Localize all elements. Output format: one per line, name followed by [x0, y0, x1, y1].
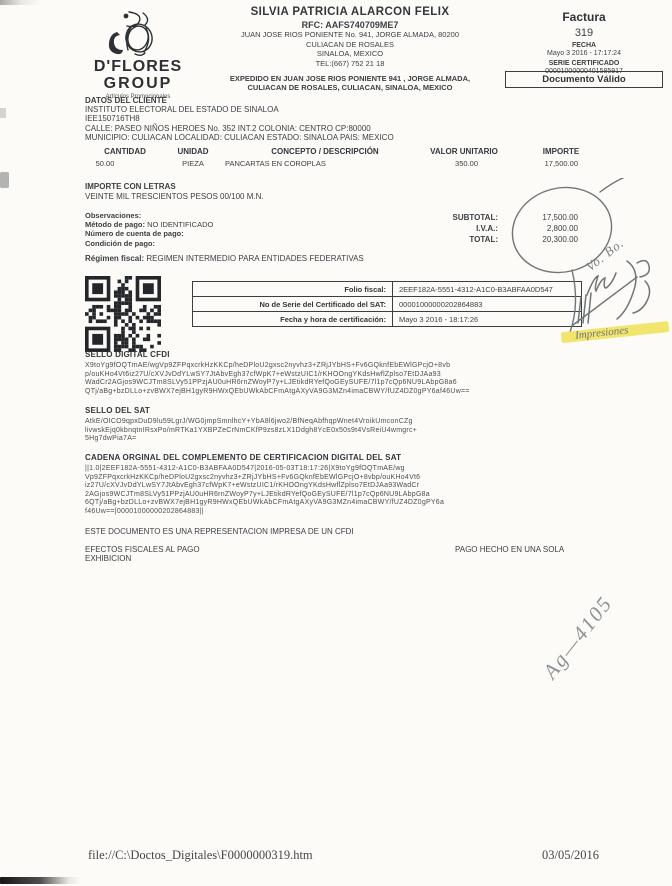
efectos-line-2: EXHIBICION	[85, 554, 200, 563]
sello-cfdi-title: SELLO DIGITAL CFDI	[85, 350, 470, 359]
sello-digital-cfdi: SELLO DIGITAL CFDI X9toYg9fOQTmAE/wgVp9Z…	[85, 350, 470, 396]
expedido-line-1: EXPEDIDO EN JUAN JOSE RIOS PONIENTE 941 …	[188, 74, 512, 83]
col-header-valor-unitario: VALOR UNITARIO	[420, 147, 508, 156]
importe-con-letras-text: VEINTE MIL TRESCIENTOS PESOS 00/100 M.N.	[85, 192, 264, 201]
sello-sat-line: livwskEjq0kbnqtnIRsxPo/mRTKa1YXBPZeCrNmC…	[85, 427, 417, 436]
observaciones-label: Observaciones:	[85, 211, 141, 220]
efectos-fiscales: EFECTOS FISCALES AL PAGO EXHIBICION	[85, 545, 200, 563]
condicion-pago-label: Condición de pago:	[85, 239, 155, 248]
logo-text-line2: GROUP	[88, 75, 188, 92]
cuenta-pago-label: Número de cuenta de pago:	[85, 229, 184, 238]
iva-label: I.V.A.:	[428, 224, 498, 233]
sello-sat-title: SELLO DEL SAT	[85, 406, 417, 415]
client-name: INSTITUTO ELECTORAL DEL ESTADO DE SINALO…	[85, 105, 394, 114]
payment-info: Observaciones: Método de pago: NO IDENTI…	[85, 211, 213, 248]
invoice-doc-type: Factura	[505, 10, 663, 24]
invoice-meta: Factura 319 FECHA Mayo 3 2016 - 17:17:24…	[505, 10, 663, 75]
metodo-pago-label: Método de pago:	[85, 220, 145, 229]
cadena-line: iz27U/cXVJvDdYLwSY7JtAbvEgh37cfWpK7+eWst…	[85, 482, 444, 491]
cadena-original: CADENA ORGINAL DEL COMPLEMENTO DE CERTIF…	[85, 453, 444, 517]
cadena-line: ||1.0|2EEF182A-5551-4312-A1C0-B3ABFAA0D5…	[85, 465, 444, 474]
scan-edge-smudge-left-2	[0, 108, 6, 118]
regimen-fiscal: Régimen fiscal: REGIMEN INTERMEDIO PARA …	[85, 254, 364, 263]
regimen-label: Régimen fiscal:	[85, 254, 144, 263]
fecha-certificacion-label: Fecha y hora de certificación:	[193, 312, 393, 327]
sello-cfdi-line: WadCr2AGjos9WCJTm8SLVy51PPzjAU0uHR6rnZWo…	[85, 379, 470, 388]
client-rfc: IEE150716TH8	[85, 114, 394, 123]
scanned-invoice-page: D'FLORES GROUP Artículos Promocionales S…	[0, 0, 672, 886]
client-block: DATOS DEL CLIENTE INSTITUTO ELECTORAL DE…	[85, 96, 394, 142]
scan-edge-bar-bottom	[0, 877, 80, 884]
flores-logo-icon	[99, 10, 177, 58]
efectos-line-1: EFECTOS FISCALES AL PAGO	[85, 545, 200, 554]
item-valor-unitario: 350.00	[420, 159, 478, 168]
emitter-address-1: JUAN JOSE RIOS PONIENTE No. 941, JORGE A…	[178, 31, 522, 40]
pago-hecho-text: PAGO HECHO EN UNA SOLA	[455, 545, 564, 554]
item-unidad: PIEZA	[158, 159, 228, 168]
cadena-line: 6QTj/aBg+bzDLLo+zvBWX7ejBH1gyR9HWxQEbUWk…	[85, 499, 444, 508]
client-location: MUNICIPIO: CULIACAN LOCALIDAD: CULIACAN …	[85, 133, 394, 142]
subtotal-label: SUBTOTAL:	[428, 213, 498, 222]
documento-valido-badge: Documento Válido	[505, 71, 663, 88]
emitter-address-2: CULIACAN DE ROSALES	[178, 41, 522, 50]
emitter-phone: TEL:(667) 752 21 18	[178, 60, 522, 69]
invoice-fecha: Mayo 3 2016 - 17:17:24	[505, 50, 663, 57]
cadena-line: f46Uw==|00001000000202864883||	[85, 508, 444, 517]
sello-sat-line: AtkE/OICO9qpxDuD9lu59LgrJ/WG0jmpSmnlhcY+…	[85, 418, 417, 427]
sello-cfdi-line: X9toYg9fOQTmAE/wgVp9ZFPqxcrkHzKKCp/heDPl…	[85, 362, 470, 371]
expedido-line-2: CULIACAN DE ROSALES, CULIACAN, SINALOA, …	[188, 83, 512, 92]
col-header-importe: IMPORTE	[515, 147, 607, 156]
col-header-cantidad: CANTIDAD	[85, 147, 165, 156]
total-label: TOTAL:	[428, 235, 498, 244]
emitter-rfc: RFC: AAFS740709ME7	[178, 20, 522, 30]
representation-notice: ESTE DOCUMENTO ES UNA REPRESENTACION IMP…	[85, 527, 354, 536]
sello-cfdi-line: p/ouKHo4Vt6iz27U/cXVJvDdYLwSY7JtAbvEgh37…	[85, 371, 470, 380]
cadena-line: 2AGjos9WCJTm8SLVy51PPzjAU0uHR6rnZWoyP7y+…	[85, 491, 444, 500]
invoice-fecha-label: FECHA	[505, 42, 663, 49]
sello-cfdi-line: QTj/aBg+bzDLLo+zvBWX7ejBH1gyR9HWxQEbUWkA…	[85, 388, 470, 397]
scan-edge-smudge-left	[0, 172, 9, 188]
emitter-name: SILVIA PATRICIA ALARCON FELIX	[178, 6, 522, 18]
qr-code	[85, 276, 161, 352]
company-logo: D'FLORES GROUP Artículos Promocionales	[88, 10, 188, 100]
invoice-serie-label: SERIE CERTIFICADO	[505, 60, 663, 67]
sello-del-sat: SELLO DEL SAT AtkE/OICO9qpxDuD9lu59LgrJ/…	[85, 406, 417, 444]
sello-sat-line: 5Hg7dwPia7A=	[85, 435, 417, 444]
emitter-block: SILVIA PATRICIA ALARCON FELIX RFC: AAFS7…	[178, 6, 522, 68]
expedido-block: EXPEDIDO EN JUAN JOSE RIOS PONIENTE 941 …	[188, 74, 512, 92]
no-serie-sat-label: No de Serie del Certificado del SAT:	[193, 297, 393, 312]
regimen-value: REGIMEN INTERMEDIO PARA ENTIDADES FEDERA…	[146, 254, 363, 263]
metodo-pago-value: NO IDENTIFICADO	[147, 220, 213, 229]
importe-con-letras-label: IMPORTE CON LETRAS	[85, 182, 176, 191]
logo-text-line1: D'FLORES	[88, 58, 188, 75]
col-header-concepto: CONCEPTO / DESCRIPCIÓN	[240, 147, 410, 156]
emitter-address-3: SINALOA, MEXICO	[178, 50, 522, 59]
client-section-title: DATOS DEL CLIENTE	[85, 96, 394, 105]
footer-file-url: file://C:\Doctos_Digitales\F0000000319.h…	[88, 848, 313, 863]
cadena-title: CADENA ORGINAL DEL COMPLEMENTO DE CERTIF…	[85, 453, 444, 462]
scan-edge-smudge-top	[0, 0, 42, 5]
folio-fiscal-label: Folio fiscal:	[193, 282, 393, 297]
item-concepto: PANCARTAS EN COROPLAS	[225, 159, 425, 168]
footer-date: 03/05/2016	[542, 848, 599, 863]
cadena-line: Vp9ZFPqxcrkHzKKCp/heDPloU2gxsc2nyvhz3+ZR…	[85, 474, 444, 483]
item-cantidad: 50.00	[85, 159, 125, 168]
col-header-unidad: UNIDAD	[158, 147, 228, 156]
client-address: CALLE: PASEO NIÑOS HEROES No. 352 INT.2 …	[85, 124, 394, 133]
item-importe: 17,500.00	[500, 159, 578, 168]
side-note-ag4105: Ag—4105	[519, 567, 637, 708]
invoice-folio: 319	[505, 27, 663, 39]
